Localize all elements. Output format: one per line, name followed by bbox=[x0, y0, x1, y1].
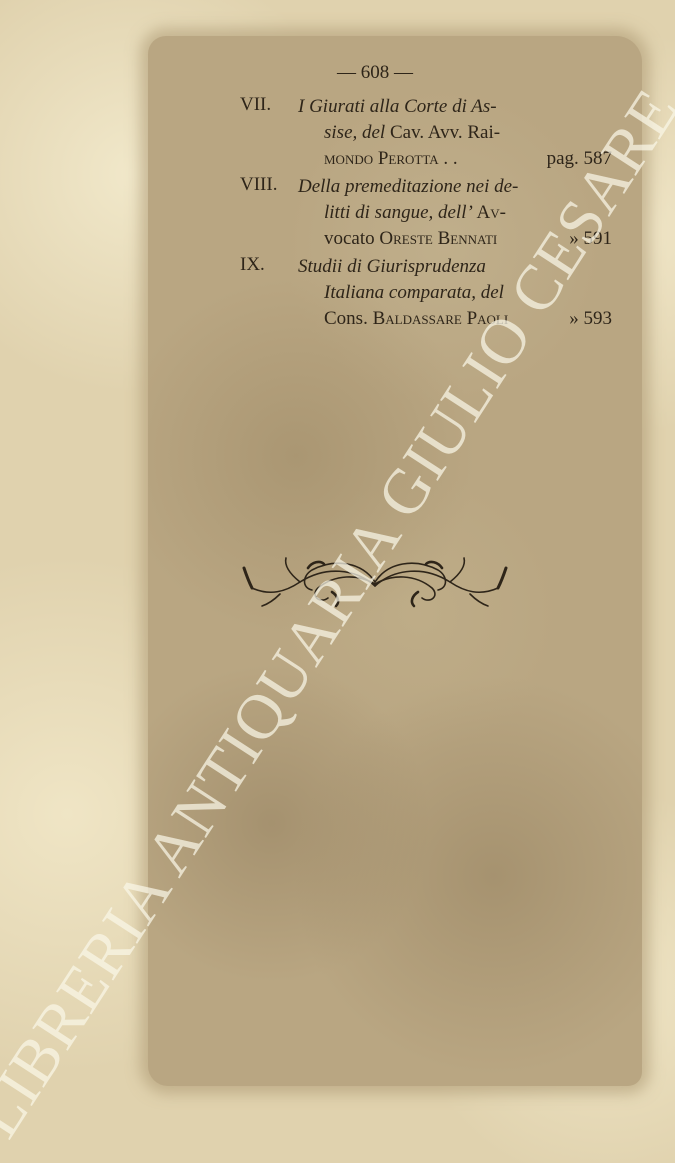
author-name: mondo Perotta bbox=[324, 148, 439, 169]
book-page: — 608 — VII. I Giurati alla Corte di As-… bbox=[0, 0, 675, 1163]
entry-title-line: sise, del Cav. Avv. Rai- bbox=[240, 120, 612, 146]
page-reference: » 593 bbox=[569, 306, 612, 332]
entry-author-line: mondo Perotta . .pag. 587 bbox=[240, 146, 612, 172]
entry-numeral: VIII. bbox=[240, 174, 277, 196]
entry-numeral: IX. bbox=[240, 254, 265, 276]
toc-entry: VII. I Giurati alla Corte di As- sise, d… bbox=[240, 94, 612, 172]
entry-numeral: VII. bbox=[240, 94, 271, 116]
entry-title-line: I Giurati alla Corte di As- bbox=[240, 94, 612, 120]
author-name: Oreste Bennati bbox=[379, 228, 497, 249]
page-number: — 608 — bbox=[320, 62, 430, 84]
